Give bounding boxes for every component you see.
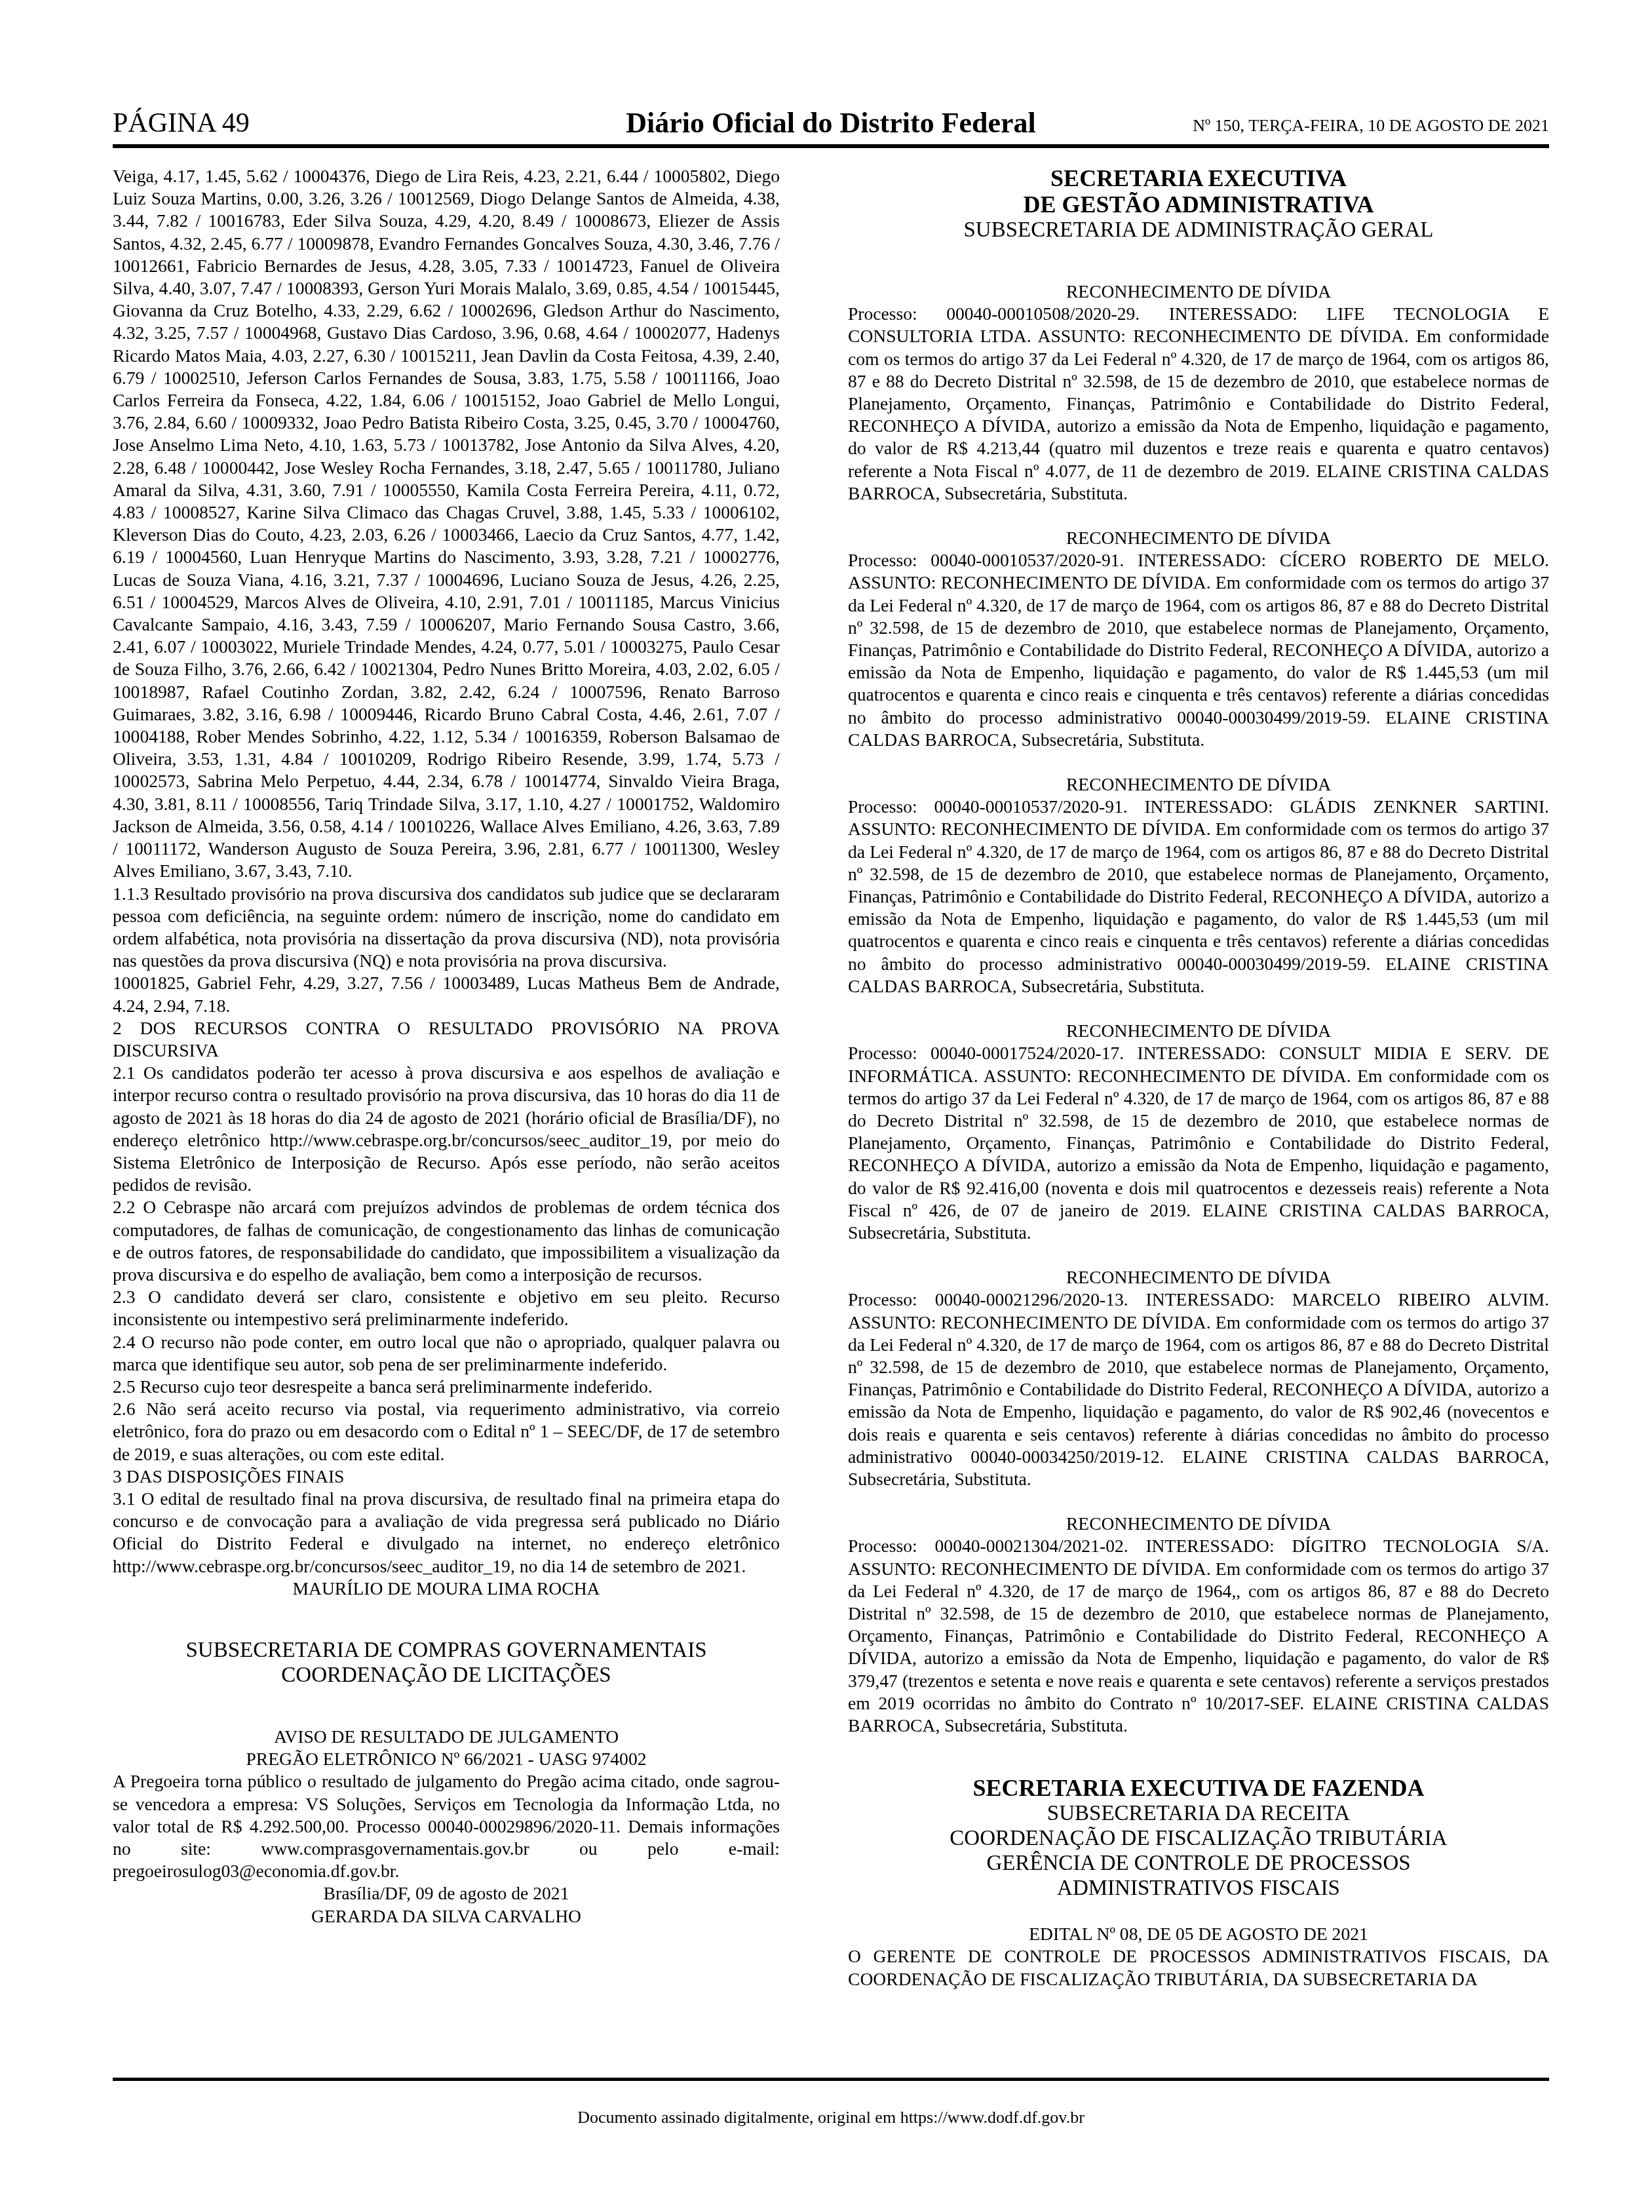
item-2-5: 2.5 Recurso cujo teor desrespeite a banc…	[113, 1376, 780, 1398]
notice-5-body: Processo: 00040-00021296/2020-13. INTERE…	[848, 1289, 1549, 1490]
left-column: Veiga, 4.17, 1.45, 5.62 / 10004376, Dieg…	[113, 165, 780, 1928]
compras-heading-1: SUBSECRETARIA DE COMPRAS GOVERNAMENTAIS	[113, 1638, 780, 1663]
signatory: MAURÍLIO DE MOURA LIMA ROCHA	[113, 1578, 780, 1600]
header-rule	[113, 144, 1549, 148]
results-list-continuation: Veiga, 4.17, 1.45, 5.62 / 10004376, Dieg…	[113, 165, 780, 883]
fazenda-sub-4: ADMINISTRATIVOS FISCAIS	[848, 1876, 1549, 1901]
footer-note: Documento assinado digitalmente, origina…	[113, 2106, 1549, 2129]
place-date: Brasília/DF, 09 de agosto de 2021	[113, 1882, 780, 1905]
sub-judice-results: 10001825, Gabriel Fehr, 4.29, 3.27, 7.56…	[113, 972, 780, 1017]
org-heading-2: DE GESTÃO ADMINISTRATIVA	[848, 191, 1549, 218]
item-2-1: 2.1 Os candidatos poderão ter acesso à p…	[113, 1062, 780, 1196]
notice-body: A Pregoeira torna público o resultado de…	[113, 1770, 780, 1882]
notice-2-body: Processo: 00040-00010537/2020-91. INTERE…	[848, 549, 1549, 751]
notice-3-body: Processo: 00040-00010537/2020-91. INTERE…	[848, 796, 1549, 998]
fazenda-sub-1: SUBSECRETARIA DA RECEITA	[848, 1801, 1549, 1826]
footer-rule	[113, 2078, 1549, 2081]
item-2-6: 2.6 Não será aceito recurso via postal, …	[113, 1398, 780, 1465]
fazenda-sub-2: COORDENAÇÃO DE FISCALIZAÇÃO TRIBUTÁRIA	[848, 1826, 1549, 1851]
notice-4-body: Processo: 00040-00017524/2020-17. INTERE…	[848, 1042, 1549, 1244]
edital-body: O GERENTE DE CONTROLE DE PROCESSOS ADMIN…	[848, 1945, 1549, 1990]
section-3-title: 3 DAS DISPOSIÇÕES FINAIS	[113, 1465, 780, 1488]
fazenda-sub-3: GERÊNCIA DE CONTROLE DE PROCESSOS	[848, 1851, 1549, 1876]
notice-1-title: RECONHECIMENTO DE DÍVIDA	[848, 281, 1549, 303]
item-2-4: 2.4 O recurso não pode conter, em outro …	[113, 1331, 780, 1376]
compras-heading-2: COORDENAÇÃO DE LICITAÇÕES	[113, 1663, 780, 1688]
notice-3-title: RECONHECIMENTO DE DÍVIDA	[848, 773, 1549, 796]
section-2-title: 2 DOS RECURSOS CONTRA O RESULTADO PROVIS…	[113, 1017, 780, 1062]
notice-1-body: Processo: 00040-00010508/2020-29. INTERE…	[848, 303, 1549, 505]
right-column: SECRETARIA EXECUTIVA DE GESTÃO ADMINISTR…	[848, 165, 1549, 1990]
issue-info: Nº 150, TERÇA-FEIRA, 10 DE AGOSTO DE 202…	[1193, 113, 1549, 139]
item-2-3: 2.3 O candidato deverá ser claro, consis…	[113, 1286, 780, 1330]
page-header: PÁGINA 49 Diário Oficial do Distrito Fed…	[113, 105, 1549, 146]
item-3-1: 3.1 O edital de resultado final na prova…	[113, 1488, 780, 1578]
compras-signatory: GERARDA DA SILVA CARVALHO	[113, 1905, 780, 1928]
fazenda-heading: SECRETARIA EXECUTIVA DE FAZENDA	[848, 1775, 1549, 1801]
notice-6-title: RECONHECIMENTO DE DÍVIDA	[848, 1513, 1549, 1535]
notice-5-title: RECONHECIMENTO DE DÍVIDA	[848, 1266, 1549, 1289]
item-1-1-3: 1.1.3 Resultado provisório na prova disc…	[113, 883, 780, 973]
notice-subtitle: PREGÃO ELETRÔNICO Nº 66/2021 - UASG 9740…	[113, 1748, 780, 1770]
newspaper-page: PÁGINA 49 Diário Oficial do Distrito Fed…	[113, 105, 1549, 146]
digital-signature-note: Documento assinado digitalmente, origina…	[577, 2108, 1085, 2127]
org-subheading: SUBSECRETARIA DE ADMINISTRAÇÃO GERAL	[848, 218, 1549, 243]
notice-2-title: RECONHECIMENTO DE DÍVIDA	[848, 527, 1549, 549]
notice-title: AVISO DE RESULTADO DE JULGAMENTO	[113, 1726, 780, 1748]
item-2-2: 2.2 O Cebraspe não arcará com prejuízos …	[113, 1196, 780, 1286]
notice-4-title: RECONHECIMENTO DE DÍVIDA	[848, 1020, 1549, 1042]
org-heading-1: SECRETARIA EXECUTIVA	[848, 165, 1549, 191]
notice-6-body: Processo: 00040-00021304/2021-02. INTERE…	[848, 1535, 1549, 1737]
edital-title: EDITAL Nº 08, DE 05 DE AGOSTO DE 2021	[848, 1923, 1549, 1945]
